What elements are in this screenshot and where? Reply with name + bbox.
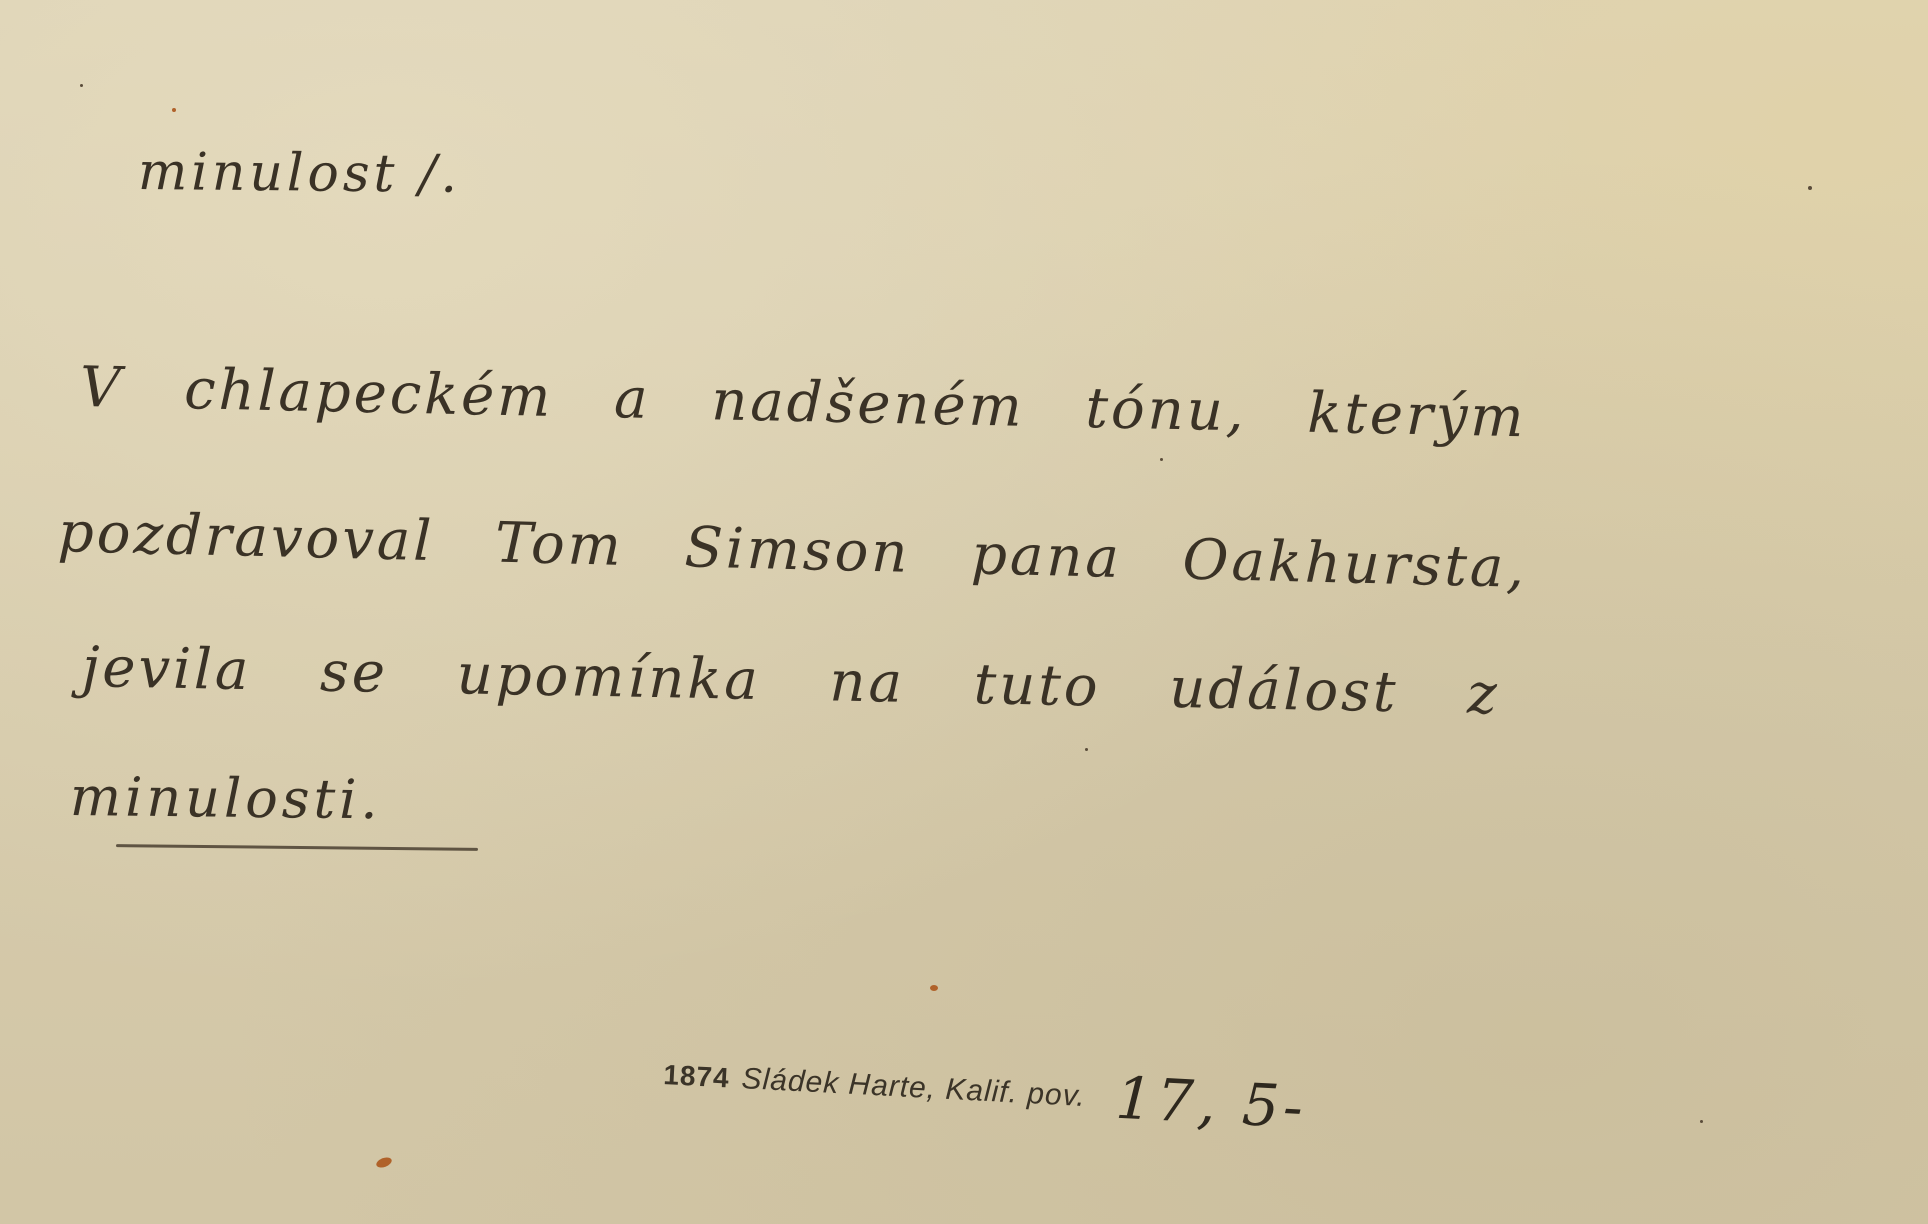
citation-locator: 17, 5-: [1114, 1064, 1308, 1142]
body-line-1: V chlapeckém a nadšeném tónu, kterým: [79, 355, 1527, 450]
body-line-4: minulosti.: [70, 765, 382, 831]
citation-year: 1874: [663, 1059, 731, 1093]
paper-speck: [1160, 458, 1163, 461]
paper-stain: [375, 1156, 393, 1170]
paper-stain: [172, 108, 176, 112]
keyword-underline: [116, 844, 478, 851]
index-card: minulost /. V chlapeckém a nadšeném tónu…: [0, 0, 1928, 1224]
paper-speck: [1808, 186, 1812, 190]
paper-speck: [80, 84, 83, 87]
heading-word: minulost /.: [138, 142, 462, 205]
body-line-3: jevila se upomínka na tuto událost z: [81, 635, 1500, 727]
paper-speck: [1085, 748, 1088, 751]
body-line-2: pozdravoval Tom Simson pana Oakhursta,: [57, 500, 1528, 601]
source-citation: 1874Sládek Harte, Kalif. pov.17, 5-: [662, 1030, 1309, 1132]
paper-stain: [930, 985, 938, 991]
paper-speck: [1700, 1120, 1703, 1123]
citation-source: Sládek Harte, Kalif. pov.: [741, 1062, 1087, 1113]
